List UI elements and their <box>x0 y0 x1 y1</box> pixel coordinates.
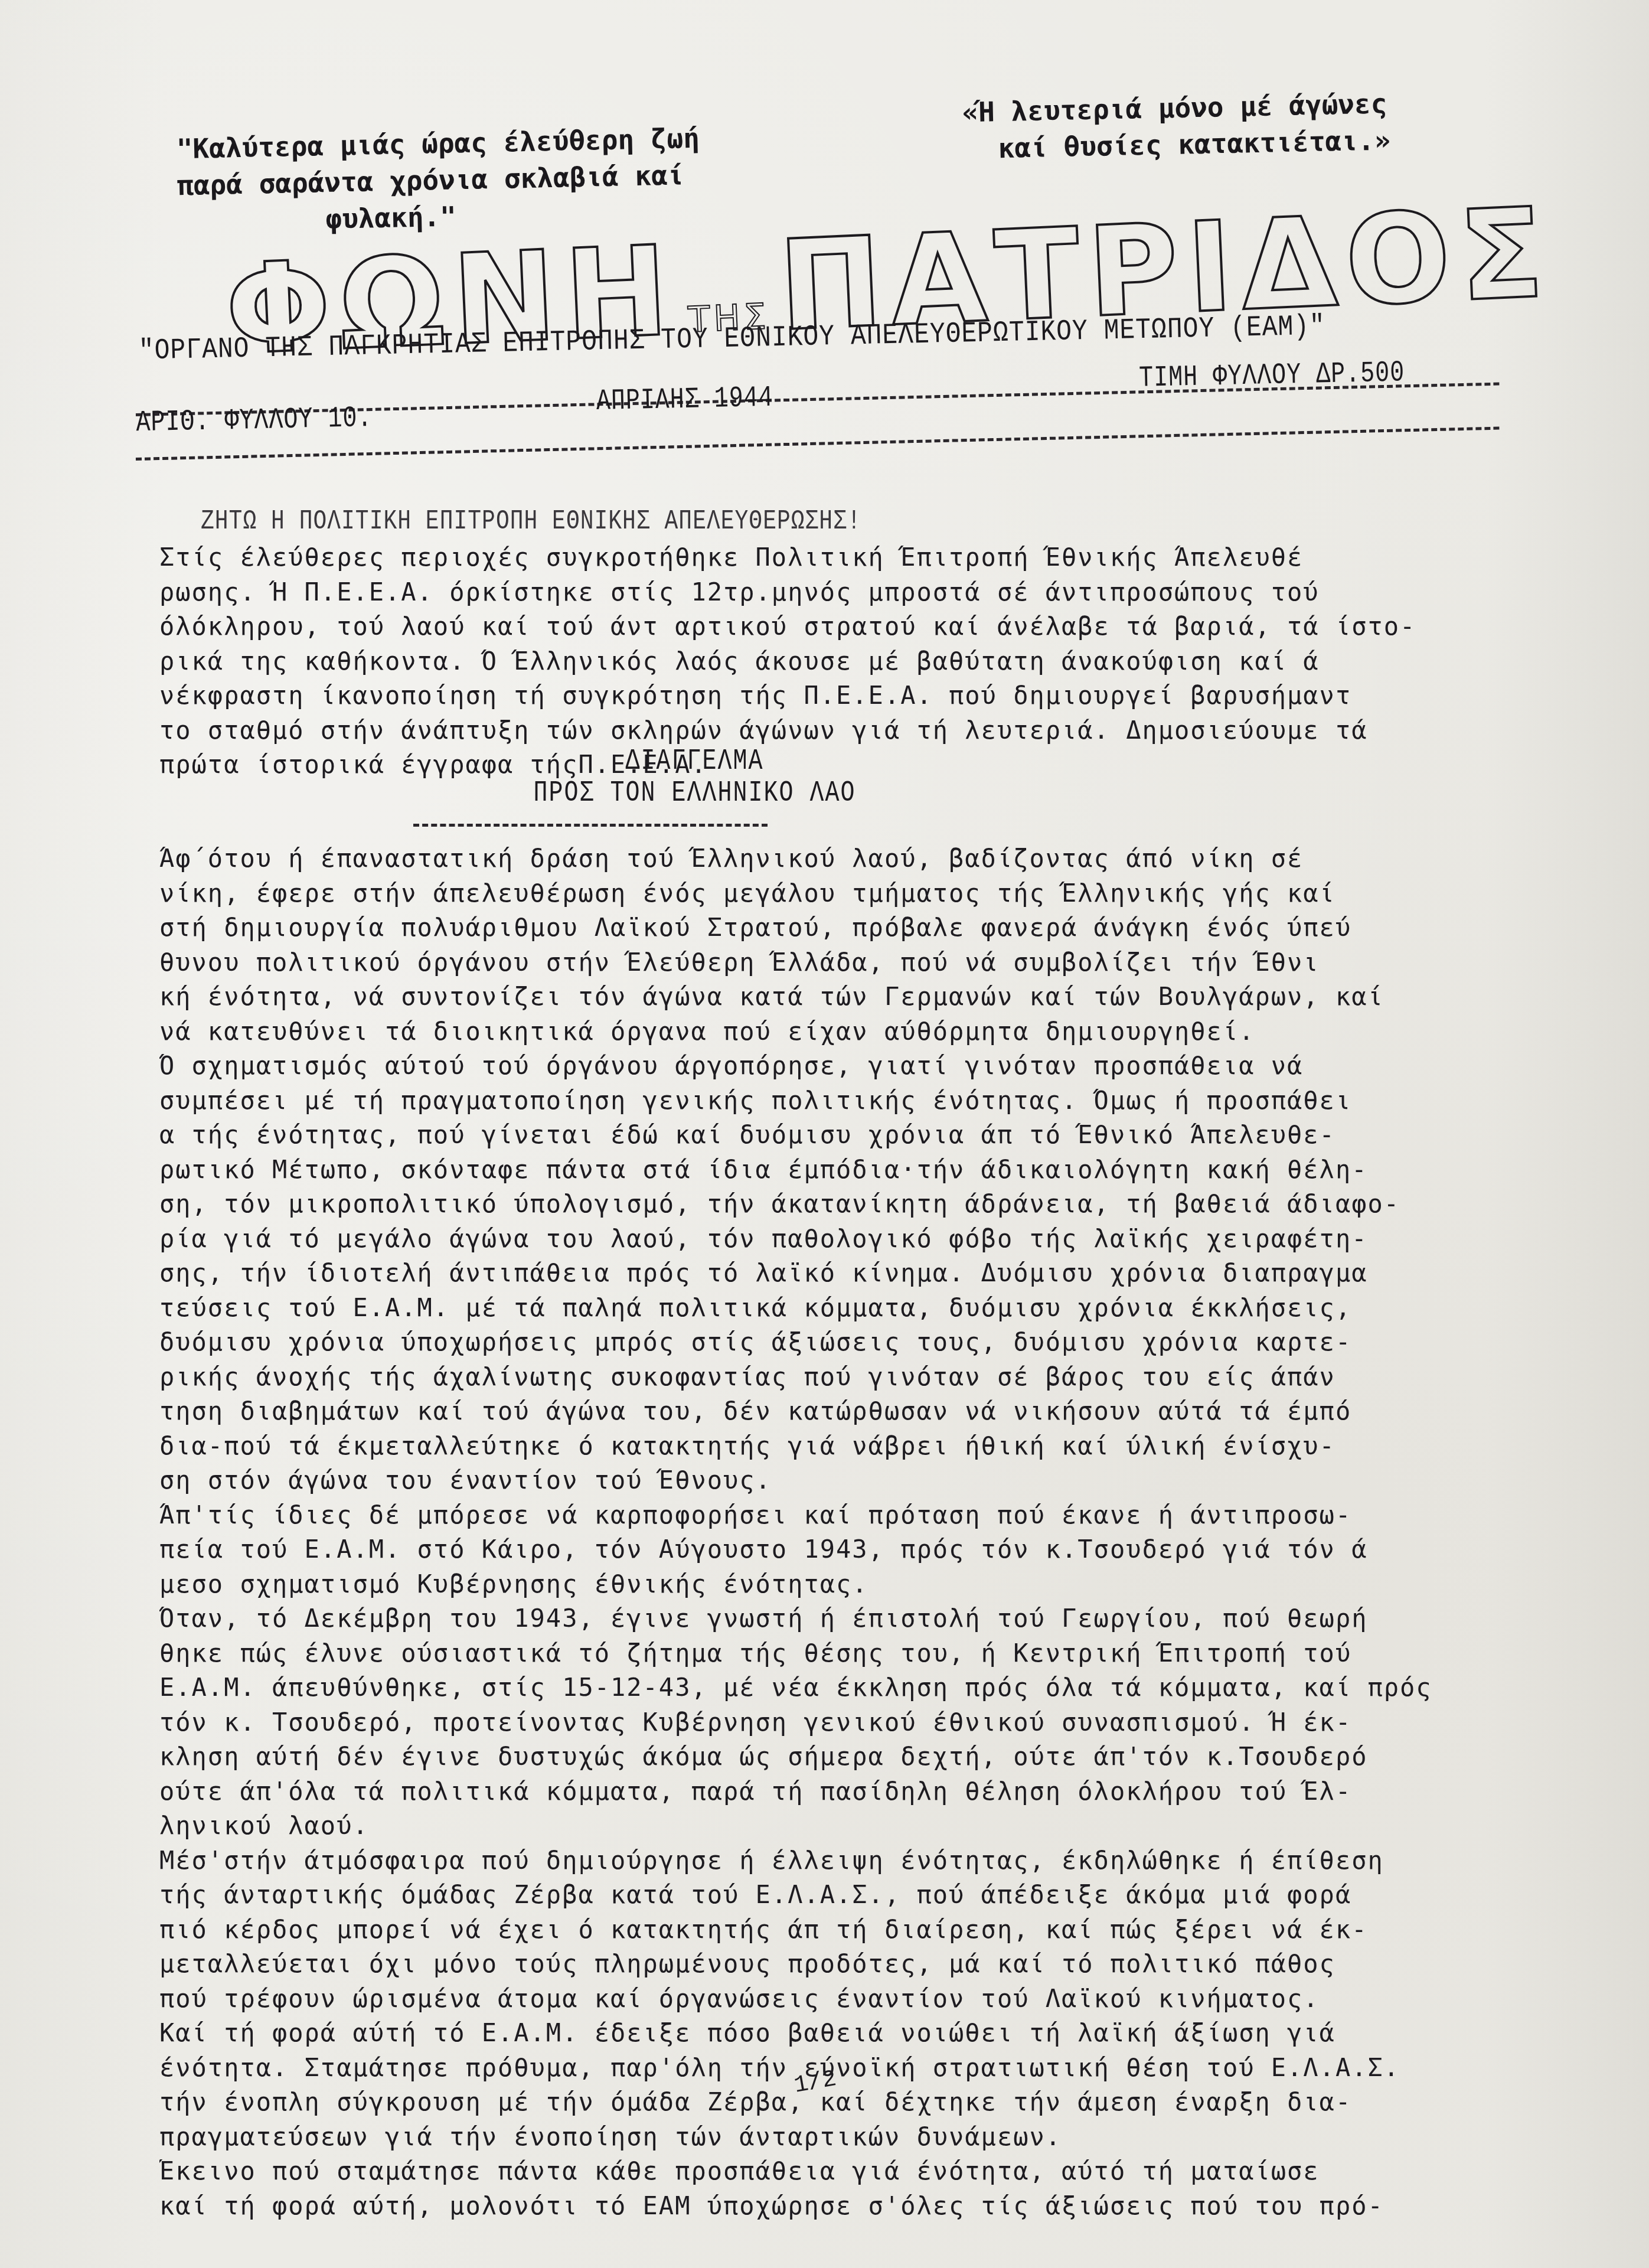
body-line: Όταν, τό Δεκέμβρη του 1943, έγινε γνωστή… <box>159 1601 1511 1636</box>
intro-line: όλόκληρου, τού λαού καί τού άντ αρτικού … <box>159 609 1511 644</box>
body-line: Μέσ'στήν άτμόσφαιρα πού δημιούργησε ή έλ… <box>159 1843 1511 1878</box>
newspaper-page: "Καλύτερα μιάς ώρας έλεύθερη ζωή παρά σα… <box>0 0 1649 2268</box>
body-line: δια-πού τά έκμεταλλεύτηκε ό κατακτητής γ… <box>159 1429 1511 1464</box>
body-line: ρία γιά τό μεγάλο άγώνα του λαού, τόν πα… <box>159 1222 1511 1257</box>
body-line: κληση αύτή δέν έγινε δυστυχώς άκόμα ώς σ… <box>159 1740 1511 1774</box>
body-line: συμπέσει μέ τή πραγματοποίηση γενικής πο… <box>159 1084 1511 1118</box>
body-line: Ε.Α.Μ. άπευθύνθηκε, στίς 15-12-43, μέ νέ… <box>159 1670 1511 1705</box>
intro-line: νέκφραστη ίκανοποίηση τή συγκρότηση τής … <box>159 678 1511 713</box>
body-line: καί τή φορά αύτή, μολονότι τό ΕΑΜ ύποχώρ… <box>159 2189 1511 2224</box>
body-line: μεταλλεύεται όχι μόνο τούς πληρωμένους π… <box>159 1947 1511 1982</box>
intro-line: Στίς έλεύθερες περιοχές συγκροτήθηκε Πολ… <box>159 540 1511 575</box>
body-line: στή δημιουργία πολυάριθμου Λαϊκού Στρατο… <box>159 911 1511 945</box>
body-line: τής άνταρτικής όμάδας Ζέρβα κατά τού Ε.Λ… <box>159 1878 1511 1913</box>
intro-line: το σταθμό στήν άνάπτυξη τών σκληρών άγών… <box>159 713 1511 748</box>
body-line: Έκεινο πού σταμάτησε πάντα κάθε προσπάθε… <box>159 2154 1511 2189</box>
issue-price: ΤΙΜΗ ΦΥΛΛΟΥ ΔΡ.500 <box>1139 357 1405 396</box>
body-line: δυόμισυ χρόνια ύποχωρήσεις μπρός στίς άξ… <box>159 1325 1511 1360</box>
body-line: πραγματεύσεων γιά τήν ένοποίηση τών άντα… <box>159 2120 1511 2155</box>
body-line: α τής ένότητας, πού γίνεται έδώ καί δυόμ… <box>159 1118 1511 1153</box>
intro-line: ρωσης. Ή Π.Ε.Ε.Α. όρκίστηκε στίς 12τρ.μη… <box>159 575 1511 610</box>
body-line: ση, τόν μικροπολιτικό ύπολογισμό, τήν άκ… <box>159 1187 1511 1222</box>
motto-right: «Ή λευτεριά μόνο μέ άγώνες καί θυσίες κα… <box>962 83 1494 168</box>
body-line: πού τρέφουν ώρισμένα άτομα καί όργανώσει… <box>159 1982 1511 2016</box>
declaration-title: ΔΙΑΓΓΕΛΜΑ <box>0 745 1519 778</box>
body-line: Άφ΄ότου ή έπαναστατική δράση τού Έλληνικ… <box>159 841 1511 876</box>
declaration-body: Άφ΄ότου ή έπαναστατική δράση τού Έλληνικ… <box>159 841 1511 2223</box>
body-line: Άπ'τίς ίδιες δέ μπόρεσε νά καρποφορήσει … <box>159 1498 1511 1533</box>
body-line: μεσο σχηματισμό Κυβέρνησης έθνικής ένότη… <box>159 1567 1511 1602</box>
body-line: ση στόν άγώνα του έναντίον τού Έθνους. <box>159 1463 1511 1498</box>
body-line: θηκε πώς έλυνε ούσιαστικά τό ζήτημα τής … <box>159 1636 1511 1671</box>
declaration-subtitle: ΠΡΟΣ ΤΟΝ ΕΛΛΗΝΙΚΟ ΛΑΟ <box>0 777 1519 810</box>
intro-line: ρικά της καθήκοντα. Ό Έλληνικός λαός άκο… <box>159 644 1511 679</box>
body-line: σης, τήν ίδιοτελή άντιπάθεια πρός τό λαϊ… <box>159 1256 1511 1291</box>
body-line: κή ένότητα, νά συντονίζει τόν άγώνα κατά… <box>159 980 1511 1014</box>
declaration-divider <box>413 824 768 827</box>
body-line: Καί τή φορά αύτή τό Ε.Α.Μ. έδειξε πόσο β… <box>159 2016 1511 2051</box>
body-line: ληνικού λαού. <box>159 1809 1511 1843</box>
body-line: θυνου πολιτικού όργάνου στήν Έλεύθερη Έλ… <box>159 945 1511 980</box>
body-line: Ό σχηματισμός αύτού τού όργάνου άργοπόρη… <box>159 1049 1511 1084</box>
body-line: πιό κέρδος μπορεί νά έχει ό κατακτητής ά… <box>159 1913 1511 1947</box>
body-line: τόν κ. Τσουδερό, προτείνοντας Κυβέρνηση … <box>159 1705 1511 1740</box>
body-line: νά κατευθύνει τά διοικητικά όργανα πού ε… <box>159 1014 1511 1049</box>
body-line: πεία τού Ε.Α.Μ. στό Κάιρο, τόν Αύγουστο … <box>159 1532 1511 1567</box>
body-line: τηση διαβημάτων καί τού άγώνα του, δέν κ… <box>159 1394 1511 1429</box>
body-line: τεύσεις τού Ε.Α.Μ. μέ τά παληά πολιτικά … <box>159 1291 1511 1326</box>
body-line: ρικής άνοχής τής άχαλίνωτης συκοφαντίας … <box>159 1360 1511 1395</box>
body-line: νίκη, έφερε στήν άπελευθέρωση ένός μεγάλ… <box>159 876 1511 911</box>
body-line: ρωτικό Μέτωπο, σκόνταφε πάντα στά ίδια έ… <box>159 1153 1511 1187</box>
article-headline: ΖΗΤΩ Η ΠΟΛΙΤΙΚΗ ΕΠΙΤΡΟΠΗ ΕΘΝΙΚΗΣ ΑΠΕΛΕΥΘ… <box>201 507 1086 537</box>
body-line: ούτε άπ'όλα τά πολιτικά κόμματα, παρά τή… <box>159 1774 1511 1809</box>
issue-number: ΑΡΙΘ. ΦΥΛΛΟΥ 10. <box>136 402 373 440</box>
issue-date: ΑΠΡΙΛΗΣ 1944 <box>596 382 773 419</box>
